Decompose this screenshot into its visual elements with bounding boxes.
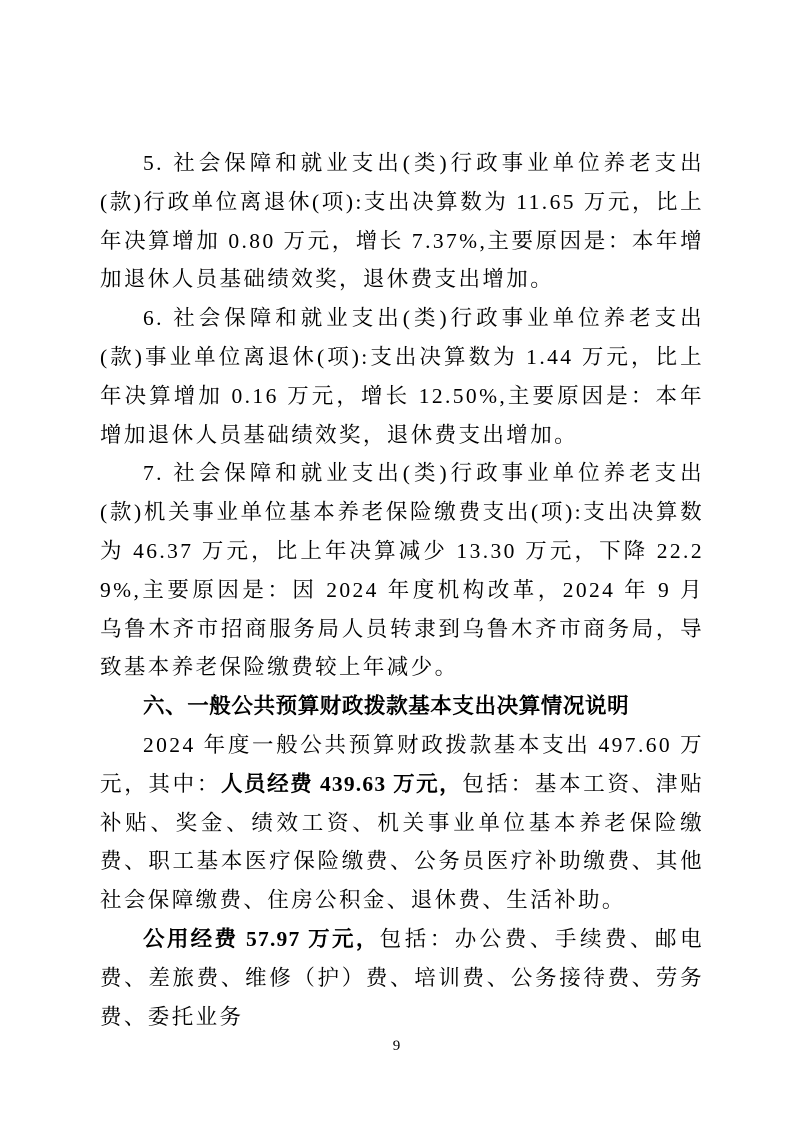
bold-text-run: 人员经费 439.63 万元， [221,772,462,796]
document-body: 5. 社会保障和就业支出(类)行政事业单位养老支出(款)行政单位离退休(项):支… [100,144,704,1036]
text-run: 6. 社会保障和就业支出(类)行政事业单位养老支出(款)事业单位离退休(项):支… [100,306,704,446]
page-number: 9 [0,1036,793,1056]
paragraph: 5. 社会保障和就业支出(类)行政事业单位养老支出(款)行政单位离退休(项):支… [100,144,704,299]
bold-text-run: 六、一般公共预算财政拨款基本支出决算情况说明 [143,694,629,718]
paragraph: 公用经费 57.97 万元，包括：办公费、手续费、邮电费、差旅费、维修（护）费、… [100,920,704,1036]
bold-text-run: 公用经费 57.97 万元， [143,927,380,951]
section-heading: 六、一般公共预算财政拨款基本支出决算情况说明 [100,687,704,726]
document-page: 5. 社会保障和就业支出(类)行政事业单位养老支出(款)行政单位离退休(项):支… [0,0,793,1122]
text-run: 7. 社会保障和就业支出(类)行政事业单位养老支出(款)机关事业单位基本养老保险… [100,461,704,679]
paragraph: 7. 社会保障和就业支出(类)行政事业单位养老支出(款)机关事业单位基本养老保险… [100,454,704,687]
text-run: 5. 社会保障和就业支出(类)行政事业单位养老支出(款)行政单位离退休(项):支… [100,151,704,291]
paragraph: 2024 年度一般公共预算财政拨款基本支出 497.60 万元，其中：人员经费 … [100,726,704,920]
paragraph: 6. 社会保障和就业支出(类)行政事业单位养老支出(款)事业单位离退休(项):支… [100,299,704,454]
